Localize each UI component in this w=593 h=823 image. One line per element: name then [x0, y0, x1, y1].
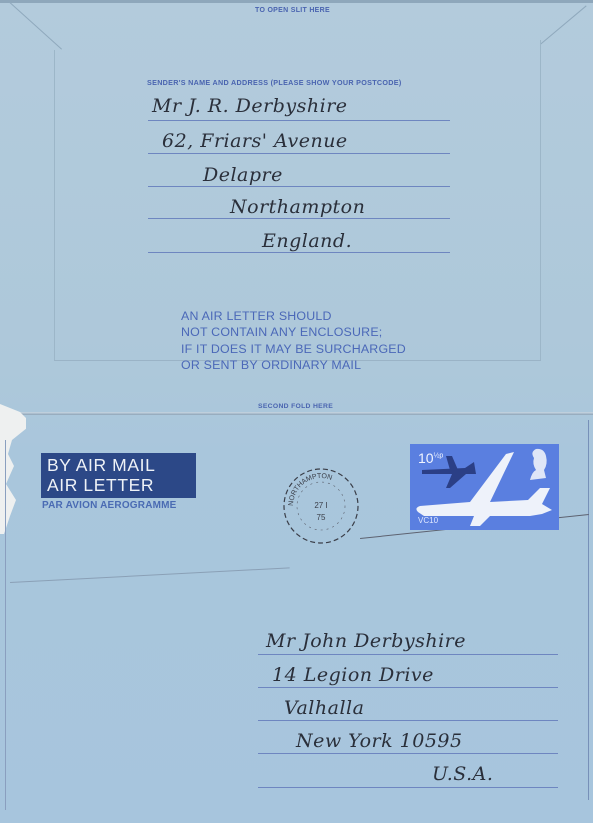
fold-instruction: SECOND FOLD HERE: [258, 403, 333, 410]
second-fold-line: [0, 412, 593, 415]
airmail-line2: AIR LETTER: [47, 475, 196, 495]
recipient-rule: [258, 687, 558, 688]
aerogramme-sheet: TO OPEN SLIT HERE SENDER'S NAME AND ADDR…: [0, 0, 593, 823]
recipient-name: Mr John Derbyshire: [266, 630, 466, 652]
torn-edge: [0, 404, 26, 534]
sender-name: Mr J. R. Derbyshire: [152, 95, 348, 117]
slit-instruction: TO OPEN SLIT HERE: [255, 7, 330, 14]
sender-label: SENDER'S NAME AND ADDRESS (PLEASE SHOW Y…: [147, 78, 402, 87]
front-border-left: [5, 440, 6, 810]
fold-guide-right: [540, 5, 587, 44]
recipient-rule: [258, 787, 558, 788]
recipient-rule: [258, 753, 558, 754]
front-border-right: [588, 420, 589, 800]
svg-text:75: 75: [317, 513, 326, 522]
flap-margin-right: [540, 40, 541, 360]
recipient-state-zip: New York 10595: [296, 730, 463, 752]
postmark: 27 I 75 NORTHAMPTON: [281, 466, 361, 546]
airmail-label: BY AIR MAIL AIR LETTER: [41, 453, 196, 498]
sender-rule: [148, 186, 450, 187]
recipient-street: 14 Legion Drive: [272, 664, 434, 686]
recipient-rule: [258, 654, 558, 655]
fold-guide-left: [9, 2, 62, 50]
notice-line: AN AIR LETTER SHOULD: [181, 308, 406, 324]
flap-margin-left: [54, 50, 55, 360]
airmail-line1: BY AIR MAIL: [47, 455, 196, 475]
postage-stamp: 10½p VC10: [410, 444, 559, 530]
sender-country: England.: [262, 230, 352, 252]
stamp-aircraft-label: VC10: [418, 516, 438, 525]
sender-rule: [148, 218, 450, 219]
sender-district: Delapre: [203, 164, 283, 186]
notice-line: IF IT DOES IT MAY BE SURCHARGED: [181, 341, 406, 357]
notice-line: OR SENT BY ORDINARY MAIL: [181, 357, 406, 373]
notice-line: NOT CONTAIN ANY ENCLOSURE;: [181, 324, 406, 340]
recipient-town: Valhalla: [284, 697, 364, 719]
sender-town: Northampton: [230, 196, 365, 218]
crease-line: [10, 567, 290, 583]
top-edge: [0, 0, 593, 3]
sender-rule: [148, 252, 450, 253]
recipient-country: U.S.A.: [432, 763, 493, 785]
par-avion-label: PAR AVION AEROGRAMME: [42, 500, 177, 511]
stamp-value: 10½p: [418, 450, 443, 466]
recipient-rule: [258, 720, 558, 721]
enclosure-notice: AN AIR LETTER SHOULD NOT CONTAIN ANY ENC…: [181, 308, 406, 373]
sender-street: 62, Friars' Avenue: [162, 130, 348, 152]
svg-text:27 I: 27 I: [314, 501, 327, 510]
sender-rule: [148, 120, 450, 121]
sender-rule: [148, 153, 450, 154]
